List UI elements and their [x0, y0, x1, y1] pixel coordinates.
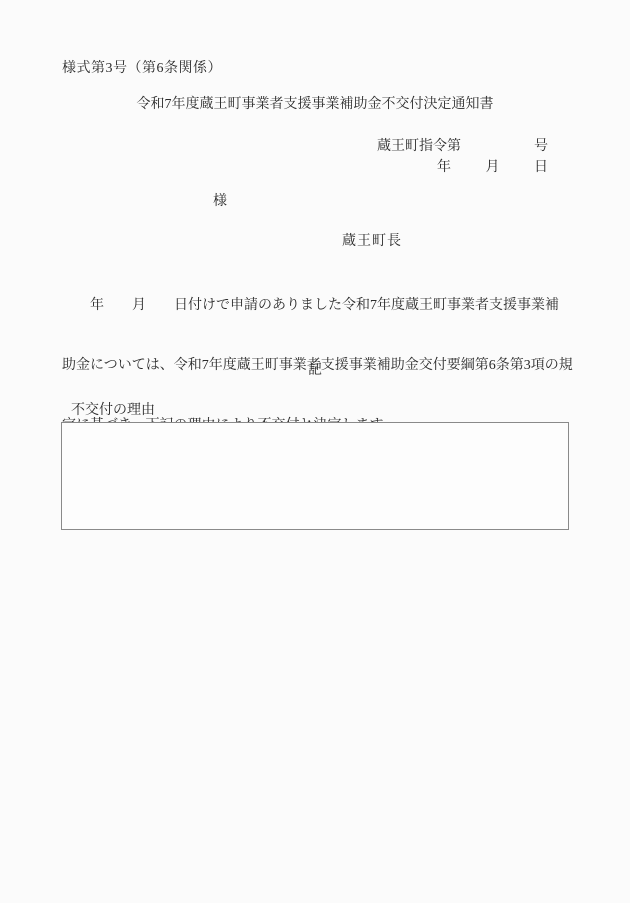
document-title: 令和7年度蔵王町事業者支援事業補助金不交付決定通知書	[0, 97, 630, 113]
reason-box	[61, 422, 569, 530]
body-line: 年 月 日付けで申請のありました令和7年度蔵王町事業者支援事業補	[62, 292, 574, 320]
addressee-honorific: 様	[213, 194, 227, 210]
form-number: 様式第3号（第6条関係）	[62, 61, 222, 77]
sender-title: 蔵王町長	[342, 234, 402, 250]
directive-number-suffix: 号	[534, 139, 548, 155]
reason-label: 不交付の理由	[71, 403, 155, 419]
date-line: 年 月 日	[437, 160, 548, 176]
document-page: 様式第3号（第6条関係） 令和7年度蔵王町事業者支援事業補助金不交付決定通知書 …	[0, 0, 630, 903]
date-day-label: 日	[534, 160, 548, 176]
date-year-label: 年	[437, 160, 451, 176]
memo-marker: 記	[0, 363, 630, 379]
directive-number-line: 蔵王町指令第 号	[377, 139, 548, 155]
date-month-label: 月	[486, 160, 500, 176]
directive-number-prefix: 蔵王町指令第	[377, 139, 461, 155]
